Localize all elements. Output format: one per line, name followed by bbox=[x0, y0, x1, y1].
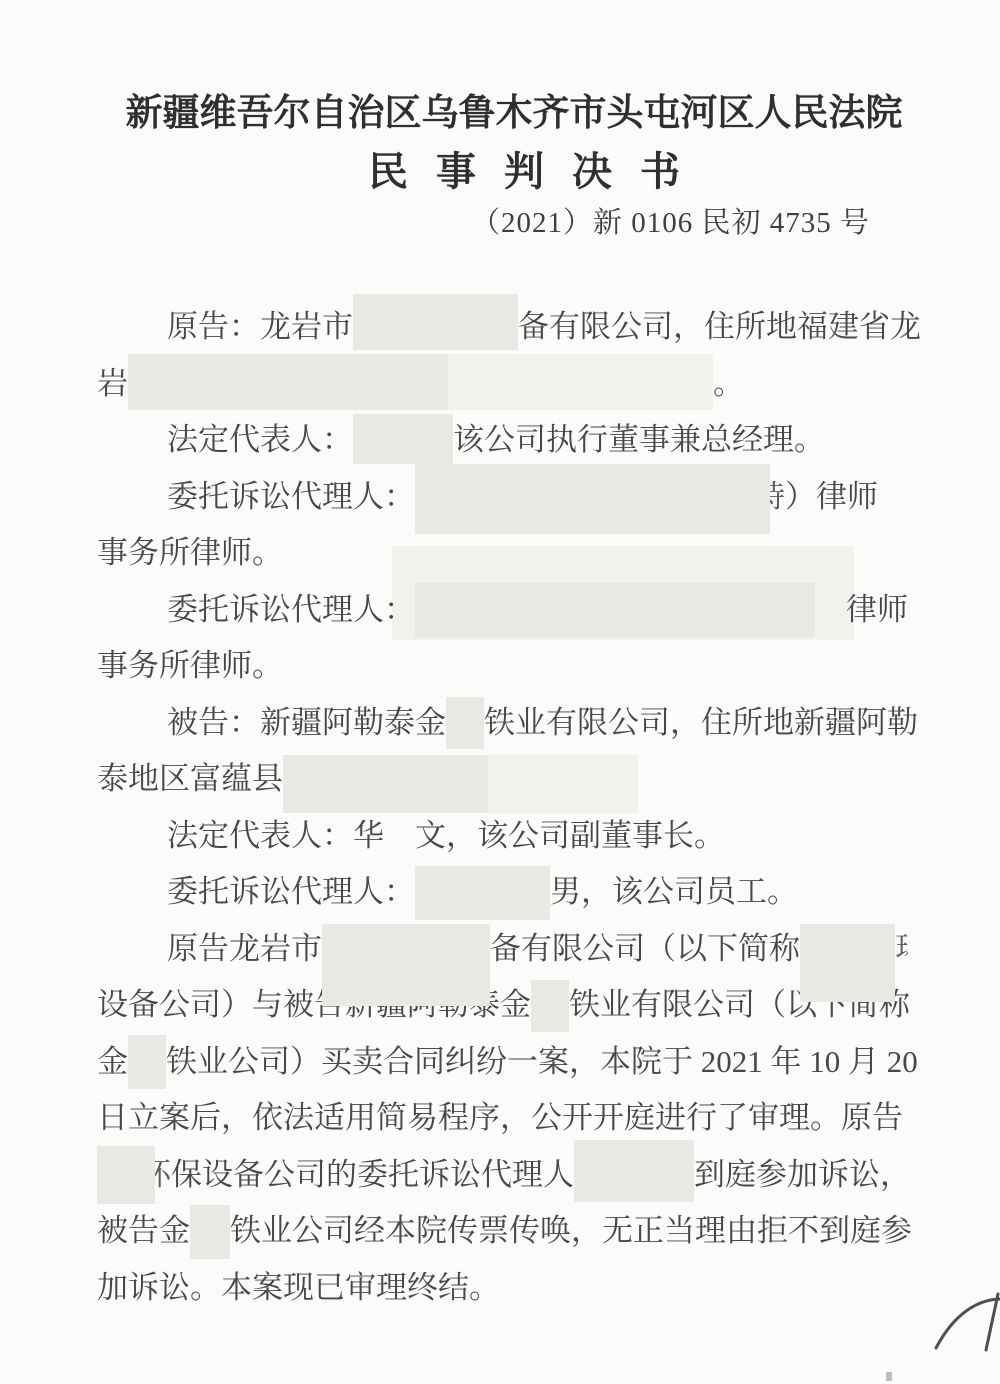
body-line-18: 加诉讼。本案现已审理终结。 bbox=[97, 1260, 1000, 1317]
body-text: 岩 bbox=[97, 366, 128, 401]
scan-speck bbox=[886, 1372, 892, 1381]
partial-character: 特 bbox=[770, 476, 785, 518]
body-line-16: 环保设备公司的委托诉讼代理人到庭参加诉讼， bbox=[97, 1147, 1000, 1204]
body-line-14: 金铁业公司）买卖合同纠纷一案，本院于 2021 年 10 月 20 bbox=[97, 1034, 1000, 1091]
redaction-box bbox=[97, 1146, 155, 1204]
body-text: 备有限公司，住所地福建省龙 bbox=[518, 309, 921, 344]
case-number: （2021）新 0106 民初 4735 号 bbox=[0, 200, 870, 241]
partial-character: 环 bbox=[155, 1154, 171, 1196]
court-name: 新疆维吾尔自治区乌鲁木齐市头屯河区人民法院 bbox=[14, 82, 1000, 136]
body-text: 法定代表人：华 文，该公司副董事长。 bbox=[167, 818, 725, 853]
redaction-box bbox=[800, 924, 895, 1002]
redaction-box bbox=[488, 755, 638, 813]
redaction-box bbox=[574, 1140, 694, 1202]
body-line-17: 被告金铁业公司经本院传票传唤，无正当理由拒不到庭参 bbox=[97, 1203, 1000, 1260]
body-line-8: 被告：新疆阿勒泰金铁业有限公司，住所地新疆阿勒 bbox=[97, 695, 1000, 752]
body-text: 男，该公司员工。 bbox=[550, 874, 798, 909]
body-text: 律师 bbox=[815, 592, 908, 627]
body-line-7: 事务所律师。 bbox=[97, 638, 1000, 695]
redaction-box bbox=[190, 1205, 230, 1259]
body-text: 铁业公司）买卖合同纠纷一案，本院于 2021 年 10 月 20 bbox=[166, 1044, 918, 1079]
body-line-3: 法定代表人：该公司执行董事兼总经理。 bbox=[97, 412, 1000, 469]
body-text: 该公司执行董事兼总经理。 bbox=[453, 422, 825, 457]
document-type-title: 民事判决书 bbox=[38, 140, 1000, 197]
redaction-box bbox=[353, 414, 453, 464]
redaction-box bbox=[128, 354, 448, 410]
body-text: 备有限公司（以下简称 bbox=[490, 931, 800, 966]
body-line-2: 岩。 bbox=[97, 356, 1000, 413]
body-text: 加诉讼。本案现已审理终结。 bbox=[97, 1270, 500, 1305]
body-text: 铁业有限公司，住所地新疆阿勒 bbox=[484, 705, 918, 740]
partial-character: 环 bbox=[895, 928, 908, 970]
body-text: 被告：新疆阿勒泰金 bbox=[167, 705, 446, 740]
body-text: 事务所律师。 bbox=[97, 648, 283, 683]
body-line-15: 日立案后，依法适用简易程序，公开开庭进行了审理。原告 bbox=[97, 1090, 1000, 1147]
redaction-box bbox=[446, 697, 484, 749]
redaction-box bbox=[531, 980, 569, 1032]
redaction-box bbox=[322, 924, 490, 1006]
body-text: 到庭参加诉讼， bbox=[694, 1157, 911, 1192]
body-line-4: 委托诉讼代理人：特）律师 bbox=[97, 469, 1000, 526]
redaction-box bbox=[415, 583, 815, 637]
judgment-body: 原告：龙岩市备有限公司，住所地福建省龙岩。法定代表人：该公司执行董事兼总经理。委… bbox=[97, 299, 1000, 1316]
judgment-page: 新疆维吾尔自治区乌鲁木齐市头屯河区人民法院 民事判决书 （2021）新 0106… bbox=[0, 0, 1000, 1384]
body-line-12: 原告龙岩市备有限公司（以下简称环 bbox=[97, 921, 1000, 978]
body-line-1: 原告：龙岩市备有限公司，住所地福建省龙 bbox=[97, 299, 1000, 356]
body-text: 金 bbox=[97, 1044, 128, 1079]
body-text: 。 bbox=[713, 366, 744, 401]
body-line-9: 泰地区富蕴县 bbox=[97, 751, 1000, 808]
pen-mark-stroke bbox=[932, 1286, 1000, 1376]
pen-mark bbox=[932, 1286, 1000, 1376]
body-text: 委托诉讼代理人： bbox=[167, 592, 415, 627]
body-text: 保设备公司的委托诉讼代理人 bbox=[171, 1157, 574, 1192]
body-text: 原告：龙岩市 bbox=[167, 309, 353, 344]
redaction-box bbox=[415, 866, 550, 920]
redaction-box bbox=[353, 294, 518, 350]
body-text: 日立案后，依法适用简易程序，公开开庭进行了审理。原告 bbox=[97, 1100, 903, 1135]
body-line-10: 法定代表人：华 文，该公司副董事长。 bbox=[97, 808, 1000, 865]
body-line-11: 委托诉讼代理人：男，该公司员工。 bbox=[97, 864, 1000, 921]
body-text: 铁业公司经本院传票传唤，无正当理由拒不到庭参 bbox=[230, 1213, 912, 1248]
body-text: 被告金 bbox=[97, 1213, 190, 1248]
body-text: 法定代表人： bbox=[167, 422, 353, 457]
body-line-6: 委托诉讼代理人： 律师 bbox=[97, 582, 1000, 639]
body-text: 事务所律师。 bbox=[97, 535, 283, 570]
redaction-box bbox=[415, 464, 770, 534]
redaction-box bbox=[448, 354, 713, 410]
body-text: 委托诉讼代理人： bbox=[167, 479, 415, 514]
body-text: 委托诉讼代理人： bbox=[167, 874, 415, 909]
body-text: 泰地区富蕴县 bbox=[97, 761, 283, 796]
body-text: 原告龙岩市 bbox=[167, 931, 322, 966]
redaction-box bbox=[283, 755, 488, 813]
redaction-box bbox=[128, 1035, 166, 1089]
body-text: ）律师 bbox=[785, 479, 878, 514]
